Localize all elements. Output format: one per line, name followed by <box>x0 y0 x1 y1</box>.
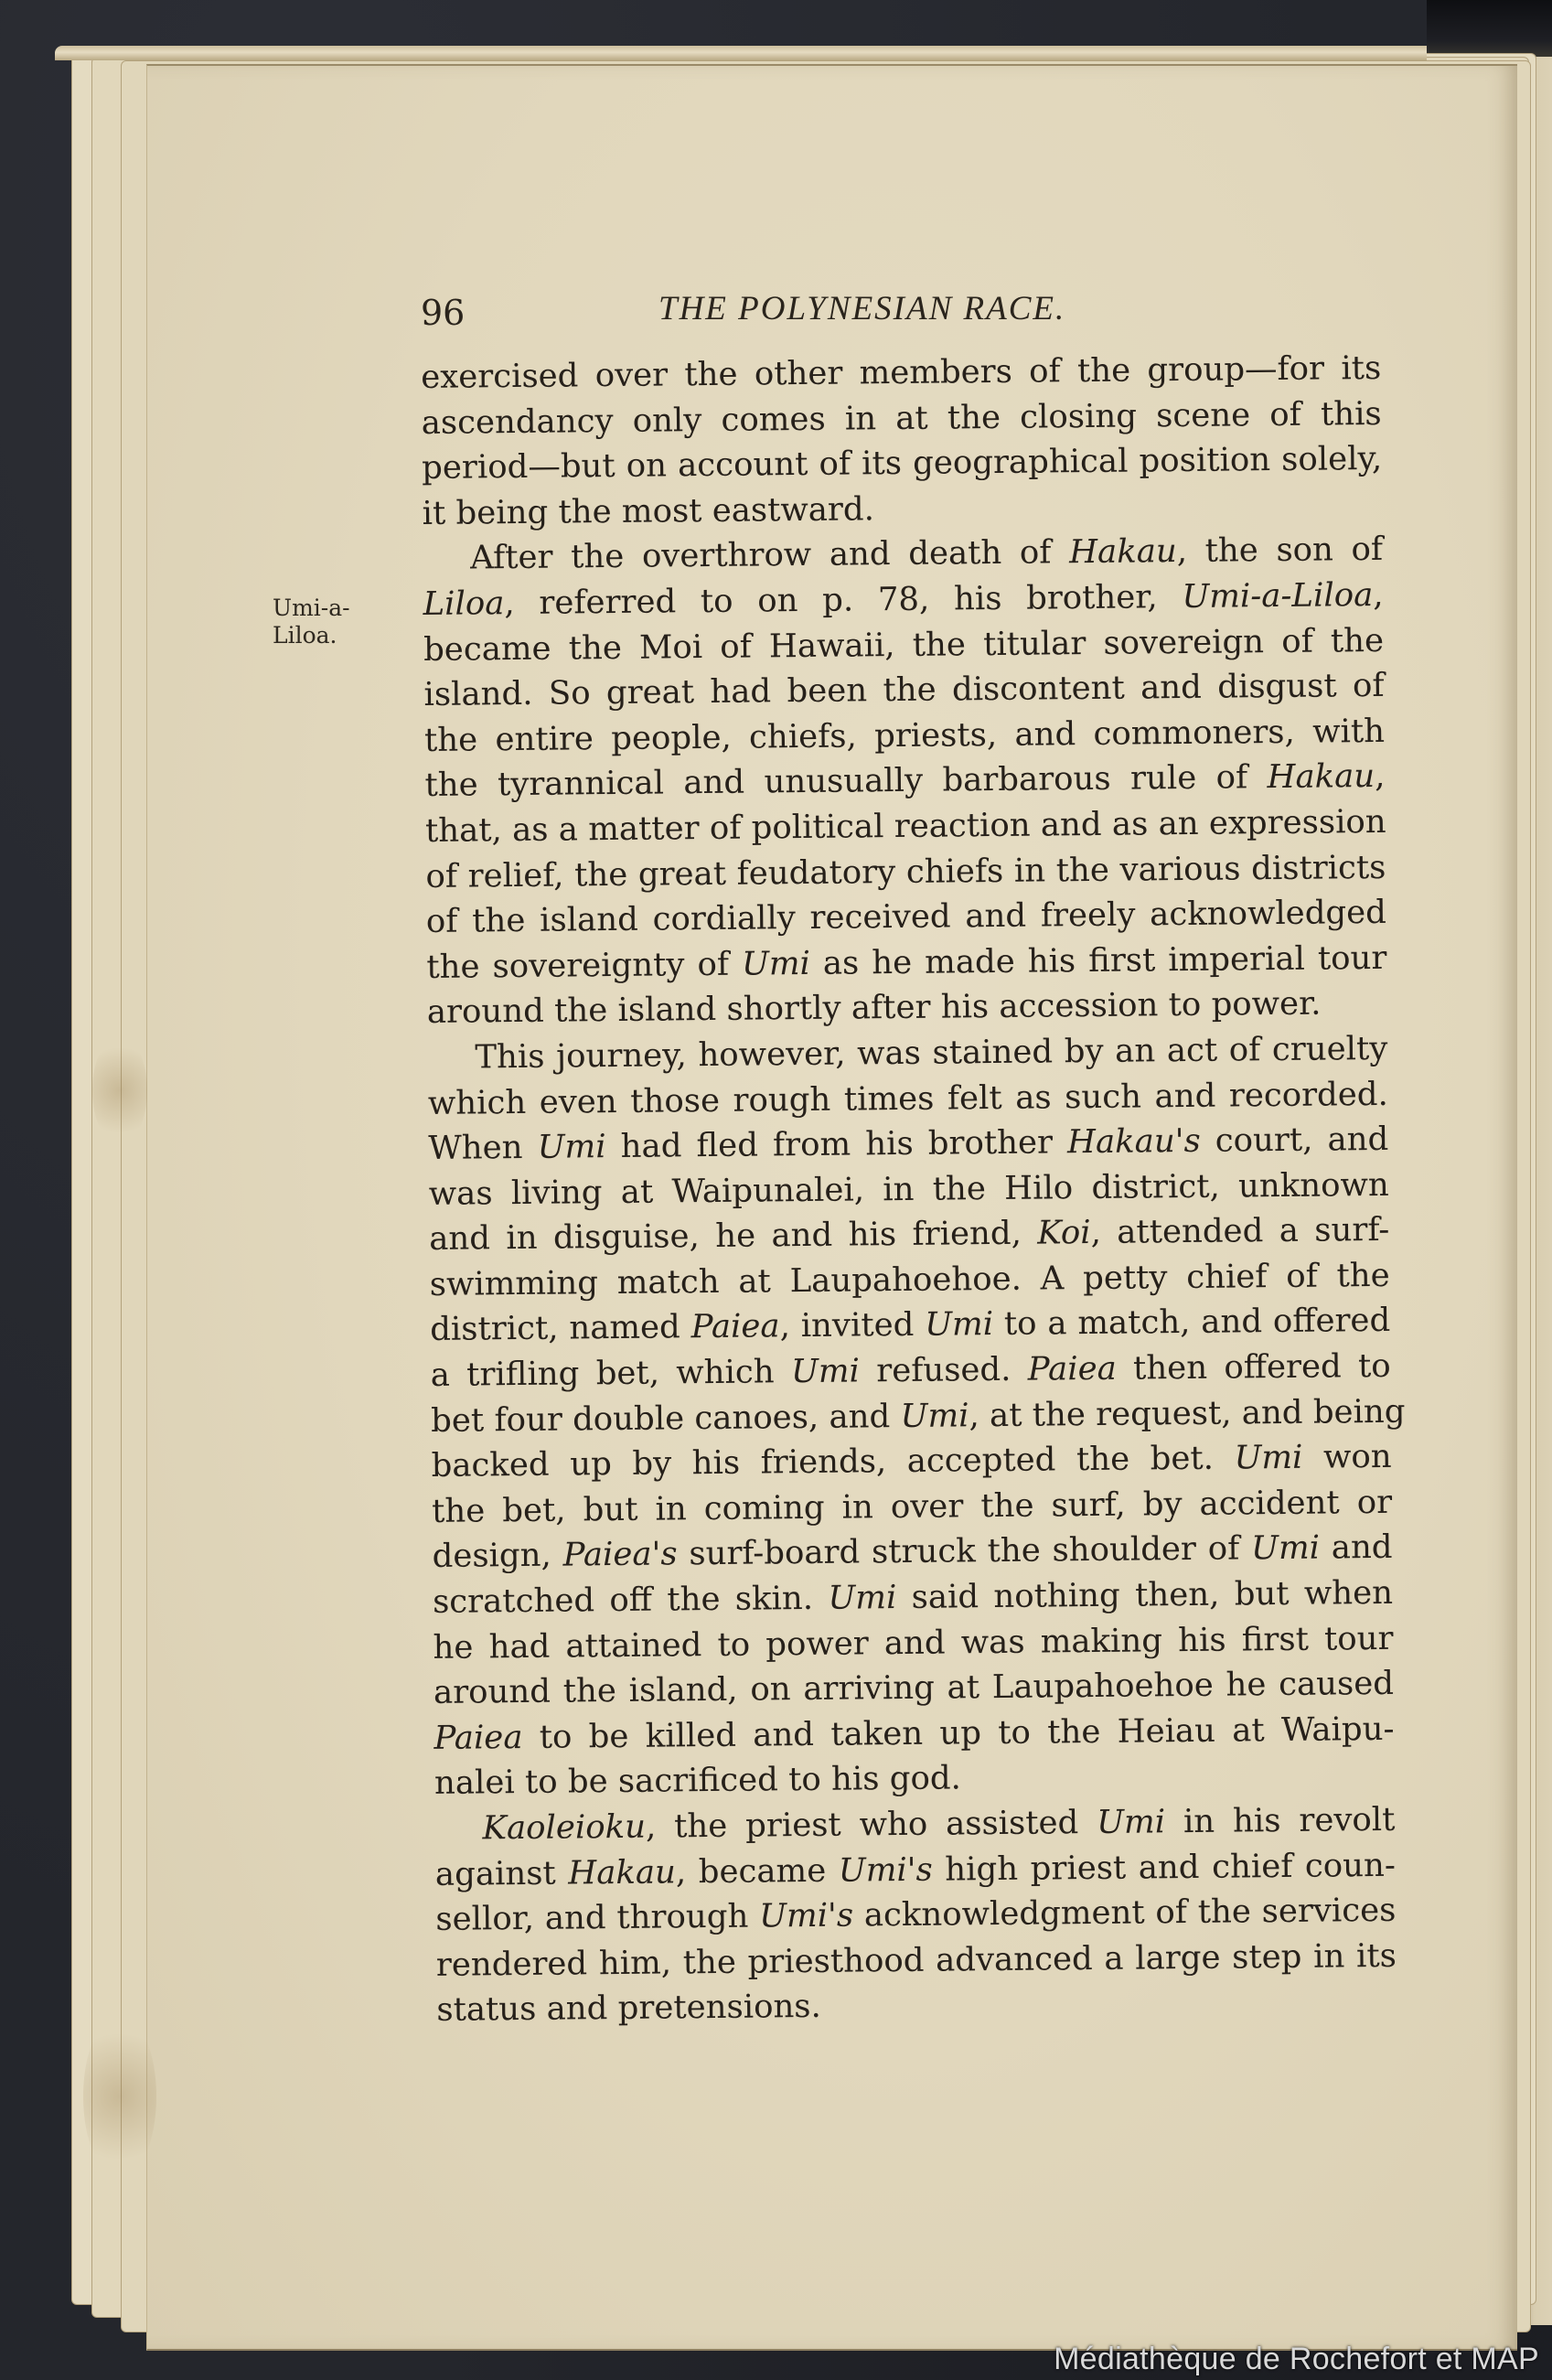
italic-name: Hakau <box>1069 532 1177 571</box>
text-line: status and pretensions. <box>436 1978 1397 2033</box>
page-top-edge <box>55 46 1427 60</box>
running-title: THE POLYNESIAN RACE. <box>658 289 1065 328</box>
text-run: around the island shortly after his acce… <box>427 985 1322 1031</box>
margin-note-line: Liloa. <box>273 622 350 649</box>
text-run: against <box>435 1854 569 1892</box>
foxing-stain <box>83 2014 156 2179</box>
text-run: became the Moi of Hawaii, the titular so… <box>423 621 1384 668</box>
text-run: swimming match at Laupahoehoe. A petty c… <box>430 1257 1390 1303</box>
italic-name: Umi <box>537 1128 605 1166</box>
italic-name: Umi <box>742 945 810 983</box>
text-run: rendered him, the priesthood advanced a … <box>436 1937 1397 1984</box>
italic-name: Umi <box>828 1579 896 1617</box>
italic-name: Paiea's <box>562 1536 677 1574</box>
margin-note-line: Umi-a- <box>273 595 350 622</box>
text-run: and <box>1320 1528 1393 1567</box>
text-line: rendered him, the priesthood advanced a … <box>436 1934 1397 1989</box>
page-number: 96 <box>421 293 465 333</box>
text-run: which even those rough times felt as suc… <box>428 1075 1388 1121</box>
text-run: as he made his first imperial tour <box>810 939 1387 982</box>
text-line: Paiea to be killed and taken up to the H… <box>433 1707 1394 1762</box>
text-run: , became <box>676 1851 839 1891</box>
text-run: and in disguise, he and his friend, <box>429 1215 1037 1258</box>
text-run: the sovereignty of <box>426 945 742 985</box>
text-run: bet four double canoes, and <box>431 1398 901 1440</box>
italic-name: Umi <box>1251 1529 1320 1568</box>
italic-name: Umi <box>900 1397 969 1435</box>
text-run: This journey, however, was stained by an… <box>475 1030 1387 1077</box>
text-run: of relief, the great feudatory chiefs in… <box>425 848 1386 895</box>
foxing-stain <box>92 1035 147 1145</box>
text-run: , attended a surf- <box>1090 1211 1389 1251</box>
text-run: to a match, and offered <box>993 1302 1390 1343</box>
text-run: won <box>1302 1438 1392 1476</box>
text-run: island. So great had been the discontent… <box>423 667 1384 713</box>
text-run: , the son of <box>1177 531 1384 570</box>
scan-background-corner <box>1427 0 1552 59</box>
text-run: district, named <box>430 1309 691 1349</box>
margin-note: Umi-a- Liloa. <box>273 595 350 649</box>
italic-name: Paiea <box>690 1308 779 1346</box>
text-run: scratched off the skin. <box>433 1580 829 1621</box>
italic-name: Umi's <box>759 1897 853 1935</box>
text-run: said nothing then, but when <box>896 1574 1393 1616</box>
italic-name: Paiea <box>433 1719 522 1757</box>
italic-name: Umi <box>1234 1439 1302 1477</box>
italic-name: Hakau <box>568 1853 676 1892</box>
italic-name: Umi <box>925 1306 993 1345</box>
text-run: , the priest who assisted <box>646 1804 1097 1846</box>
italic-name: Umi's <box>839 1850 933 1889</box>
text-run: period—but on account of its geographica… <box>422 440 1382 487</box>
text-run: to be killed and taken up to the Heiau a… <box>522 1710 1394 1756</box>
text-run: ascendancy only comes in at the closing … <box>422 395 1382 442</box>
italic-name: Liloa <box>423 584 504 623</box>
italic-name: Umi-a-Liloa <box>1182 576 1373 616</box>
text-run: status and pretensions. <box>436 1988 821 2029</box>
text-run: in his revolt <box>1165 1801 1396 1840</box>
text-run: the entire people, chiefs, priests, and … <box>424 713 1385 759</box>
text-run: exercised over the other members of the … <box>421 349 1381 396</box>
text-run: then offered to <box>1117 1347 1391 1388</box>
text-run: , <box>1375 757 1386 795</box>
italic-name: Umi <box>1097 1803 1165 1841</box>
italic-name: Kaoleioku <box>482 1808 646 1848</box>
text-run: nalei to be sacrificed to his god. <box>434 1760 961 1803</box>
text-run: of the island cordially received and fre… <box>426 894 1386 940</box>
text-run: a trifling bet, which <box>431 1353 792 1394</box>
text-run: , referred to on p. 78, his brother, <box>504 578 1182 622</box>
italic-name: Umi <box>791 1353 860 1391</box>
text-run: , <box>1373 576 1384 614</box>
text-run: surf-board struck the shoulder of <box>677 1530 1251 1573</box>
text-run: sellor, and through <box>435 1898 759 1938</box>
italic-name: Hakau <box>1267 757 1375 796</box>
watermark: Médiathèque de Rochefort et MAP <box>1054 2342 1539 2377</box>
text-run: , at the request, and being <box>969 1392 1405 1434</box>
text-run: was living at Waipunalei, in the Hilo di… <box>429 1166 1389 1213</box>
text-run: acknowledgment of the services <box>853 1892 1397 1935</box>
text-run: around the island, on arriving at Laupah… <box>433 1665 1394 1711</box>
text-run: that, as a matter of political reaction … <box>425 803 1386 850</box>
text-run: court, and <box>1200 1120 1388 1160</box>
body-text: exercised over the other members of the … <box>421 346 1397 2033</box>
italic-name: Hakau's <box>1067 1122 1201 1161</box>
text-run: had fled from his brother <box>605 1123 1067 1165</box>
text-run: backed up by his friends, accepted the b… <box>431 1440 1234 1485</box>
text-run: high priest and chief coun- <box>933 1846 1397 1888</box>
text-run: After the overthrow and death of <box>470 534 1069 577</box>
text-run: the tyrannical and unusually barbarous r… <box>424 758 1267 804</box>
text-run: the bet, but in coming in over the surf,… <box>432 1484 1392 1530</box>
text-run: it being the most eastward. <box>422 490 874 532</box>
text-run: refused. <box>860 1351 1028 1390</box>
text-run: , invited <box>779 1306 925 1345</box>
text-line: period—but on account of its geographica… <box>422 436 1382 491</box>
italic-name: Koi <box>1037 1214 1091 1252</box>
running-head: 96 THE POLYNESIAN RACE. <box>421 289 1372 344</box>
text-run: design, <box>432 1537 562 1575</box>
italic-name: Paiea <box>1028 1350 1117 1388</box>
text-run: When <box>428 1129 538 1167</box>
text-run: he had attained to power and was making … <box>433 1619 1393 1666</box>
